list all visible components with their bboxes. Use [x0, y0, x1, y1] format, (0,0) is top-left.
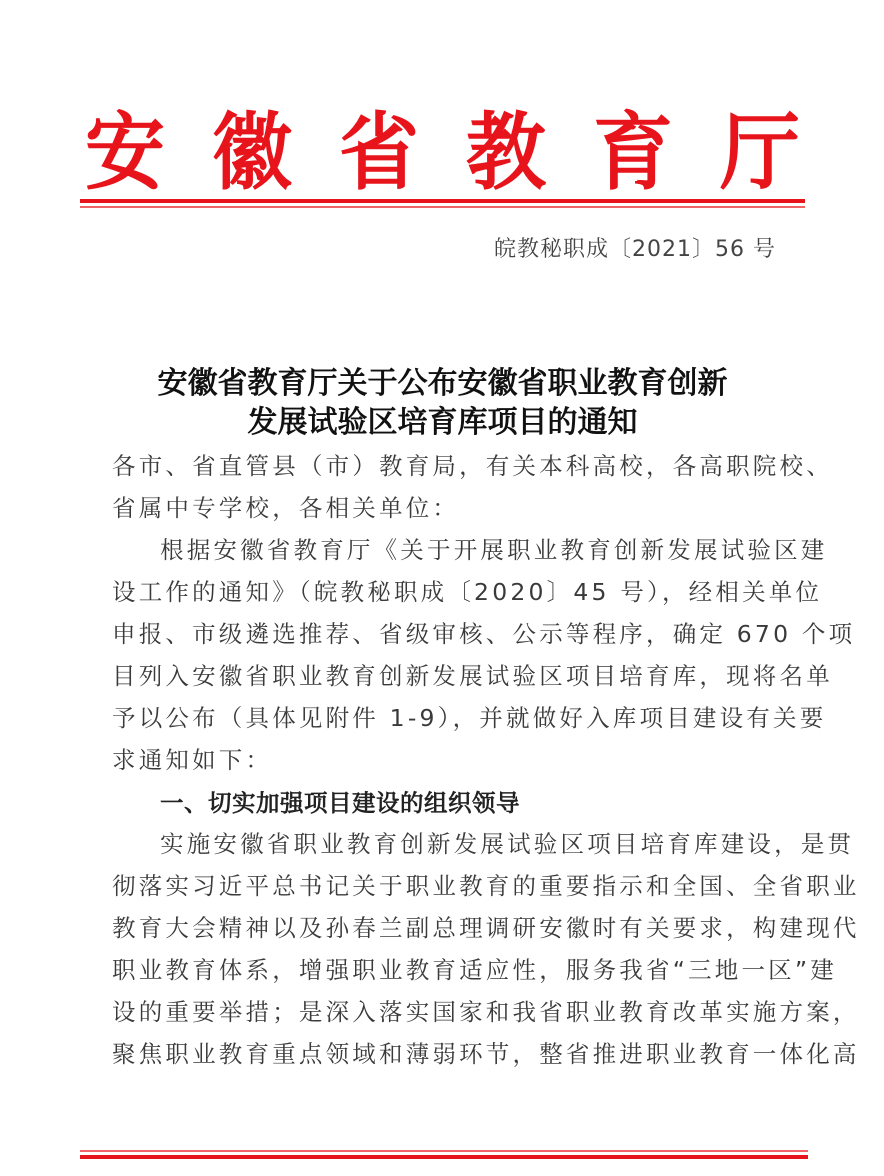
masthead-char: 徽: [207, 85, 297, 206]
masthead-rule-thick: [80, 199, 805, 203]
masthead-char: 教: [461, 85, 551, 206]
body-line: 设工作的通知》（皖教秘职成〔2020〕45 号），经相关单位: [112, 573, 792, 607]
body-line: 根据安徽省教育厅《关于开展职业教育创新发展试验区建: [160, 531, 792, 565]
body-line: 职业教育体系，增强职业教育适应性，服务我省“三地一区”建: [112, 951, 792, 985]
body-line: 申报、市级遴选推荐、省级审核、公示等程序，确定 670 个项: [112, 615, 792, 649]
masthead-title: 安 徽 省 教 育 厅: [80, 100, 805, 190]
masthead-rule-thin: [80, 206, 805, 208]
body-line: 教育大会精神以及孙春兰副总理调研安徽时有关要求，构建现代: [112, 909, 792, 943]
document-title-line-2: 发展试验区培育库项目的通知: [80, 397, 805, 441]
addressee-line-2: 省属中专学校，各相关单位：: [112, 489, 792, 523]
body-line: 求通知如下：: [112, 741, 792, 775]
body-line: 彻落实习近平总书记关于职业教育的重要指示和全国、全省职业: [112, 867, 792, 901]
document-number: 皖教秘职成〔2021〕56 号: [494, 232, 776, 263]
body-line: 实施安徽省职业教育创新发展试验区项目培育库建设，是贯: [160, 825, 792, 859]
body-line: 予以公布（具体见附件 1-9），并就做好入库项目建设有关要: [112, 699, 792, 733]
footer-rule-thin: [80, 1150, 808, 1152]
footer-rule-thick: [80, 1155, 808, 1159]
body-line: 目列入安徽省职业教育创新发展试验区项目培育库，现将名单: [112, 657, 792, 691]
addressee-line-1: 各市、省直管县（市）教育局，有关本科高校，各高职院校、: [112, 447, 792, 481]
document-page: 安 徽 省 教 育 厅 皖教秘职成〔2021〕56 号 安徽省教育厅关于公布安徽…: [0, 0, 884, 1176]
masthead-char: 省: [334, 85, 424, 206]
body-line: 设的重要举措；是深入落实国家和我省职业教育改革实施方案，: [112, 993, 792, 1027]
masthead-char: 育: [588, 85, 678, 206]
body-line: 聚焦职业教育重点领域和薄弱环节，整省推进职业教育一体化高: [112, 1035, 792, 1069]
masthead-char: 厅: [715, 85, 805, 206]
document-title-line-1: 安徽省教育厅关于公布安徽省职业教育创新: [80, 358, 805, 402]
section-heading-1: 一、切实加强项目建设的组织领导: [160, 784, 792, 818]
masthead-char: 安: [80, 85, 170, 206]
